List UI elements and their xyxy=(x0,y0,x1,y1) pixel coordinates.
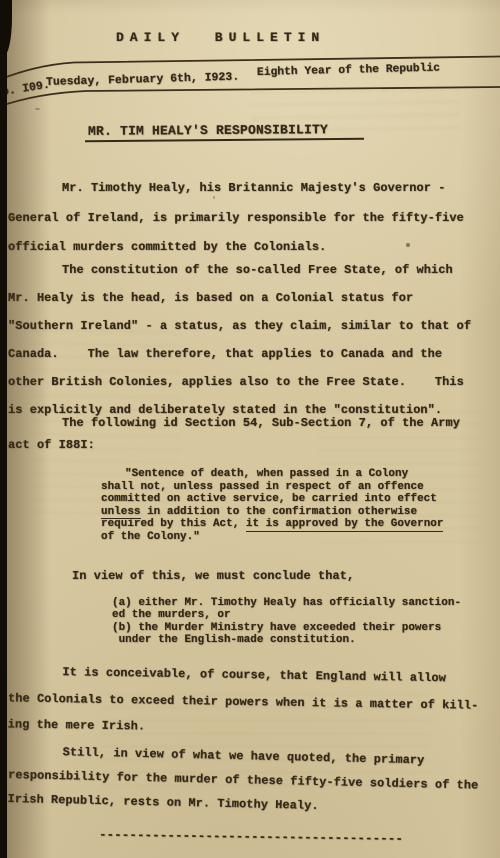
text-segment: "Sentence of death, when passed in a Col… xyxy=(125,468,408,480)
text-line: Mr. Healy is the head, is based on a Col… xyxy=(8,284,496,312)
text-line: under the English-made constitution. xyxy=(112,634,482,646)
text-line: "Sentence of death, when passed in a Col… xyxy=(101,468,481,481)
text-segment: required by this Act, xyxy=(101,518,246,530)
text-line: of the Colony." xyxy=(101,531,481,544)
text-segment: of the Colony." xyxy=(101,531,200,543)
text-line: act of I88I: xyxy=(8,435,496,457)
document-page: DAILY BULLETIN o. I09. Tuesday, February… xyxy=(0,0,500,858)
text-segment: (b) the Murder Ministry have exceeded th… xyxy=(112,622,441,634)
text-line: In view of this, we must conclude that, xyxy=(8,562,496,591)
ink-speck xyxy=(406,243,410,247)
text-segment: General of Ireland, is primarily respons… xyxy=(8,211,464,225)
list-conclusions: (a) either Mr. Timothy Healy has officia… xyxy=(112,597,482,647)
text-line: shall not, unless passed in respect of a… xyxy=(101,481,481,494)
text-line: committed on active service, be carried … xyxy=(101,493,481,506)
scan-spine-edge xyxy=(0,0,7,858)
paragraph-conceivable: It is conceivable, of course, that Engla… xyxy=(7,658,496,745)
text-segment: the Colonials to exceed their powers whe… xyxy=(8,691,478,712)
text-segment: under the English-made constitution. xyxy=(112,634,356,646)
end-of-article-dashed-rule: ---------------------------------------- xyxy=(99,828,403,846)
text-segment: shall not, unless passed in respect of a… xyxy=(101,481,424,493)
text-line: ed the murders, or xyxy=(112,609,482,621)
text-segment: (a) either Mr. Timothy Healy has officia… xyxy=(112,597,461,609)
text-segment: Still, in view of what we have quoted, t… xyxy=(62,745,424,767)
text-segment: committed on active service, be carried … xyxy=(101,493,437,505)
text-segment: Mr. Timothy Healy, his Britannic Majesty… xyxy=(62,181,445,195)
text-segment: ed the murders, or xyxy=(112,609,231,621)
text-segment: in addition to the confirmation otherwis… xyxy=(141,506,418,518)
text-line: Mr. Timothy Healy, his Britannic Majesty… xyxy=(8,174,496,204)
text-line: (a) either Mr. Timothy Healy has officia… xyxy=(112,597,482,609)
underlined-text: it is approved by the Governor xyxy=(246,518,444,532)
blockquote-army-act: "Sentence of death, when passed in a Col… xyxy=(101,468,481,544)
text-line: other British Colonies, applies also to … xyxy=(8,368,496,396)
text-segment: In view of this, we must conclude that, xyxy=(72,569,354,583)
paragraph-constitution: The constitution of the so-called Free S… xyxy=(8,256,496,424)
text-segment: It is conceivable, of course, that Engla… xyxy=(62,665,446,685)
text-line: The constitution of the so-called Free S… xyxy=(8,256,496,284)
text-segment: Irish Republic, rests on Mr. Timothy Hea… xyxy=(7,792,318,813)
text-line: (b) the Murder Ministry have exceeded th… xyxy=(112,622,482,634)
paragraph-governor-general: Mr. Timothy Healy, his Britannic Majesty… xyxy=(8,174,496,263)
paragraph-conclusion-intro: In view of this, we must conclude that, xyxy=(8,562,496,591)
text-line: The following id Section 54, Sub-Section… xyxy=(8,413,496,435)
article-title: MR. TIM HEALY'S RESPONSIBILITY xyxy=(88,122,328,139)
text-segment: Mr. Healy is the head, is based on a Col… xyxy=(8,291,413,305)
text-segment: other British Colonies, applies also to … xyxy=(8,375,464,389)
text-segment: The constitution of the so-called Free S… xyxy=(62,263,453,277)
ink-speck xyxy=(213,196,215,199)
text-segment: The following id Section 54, Sub-Section… xyxy=(62,416,460,430)
text-line: required by this Act, it is approved by … xyxy=(101,518,481,531)
text-line: "Southern Ireland" - a status, as they c… xyxy=(8,312,496,340)
spine-shadow xyxy=(7,0,49,858)
text-line: Canada. The law therefore, that applies … xyxy=(8,340,496,368)
text-segment: "Southern Ireland" - a status, as they c… xyxy=(8,319,471,333)
paragraph-army-act-intro: The following id Section 54, Sub-Section… xyxy=(8,413,496,456)
text-segment: Canada. The law therefore, that applies … xyxy=(8,347,442,361)
text-line: unless in addition to the confirmation o… xyxy=(101,506,481,519)
text-line: General of Ireland, is primarily respons… xyxy=(8,204,496,234)
text-segment: official murders committed by the Coloni… xyxy=(8,240,326,254)
paragraph-final-responsibility: Still, in view of what we have quoted, t… xyxy=(7,739,497,822)
